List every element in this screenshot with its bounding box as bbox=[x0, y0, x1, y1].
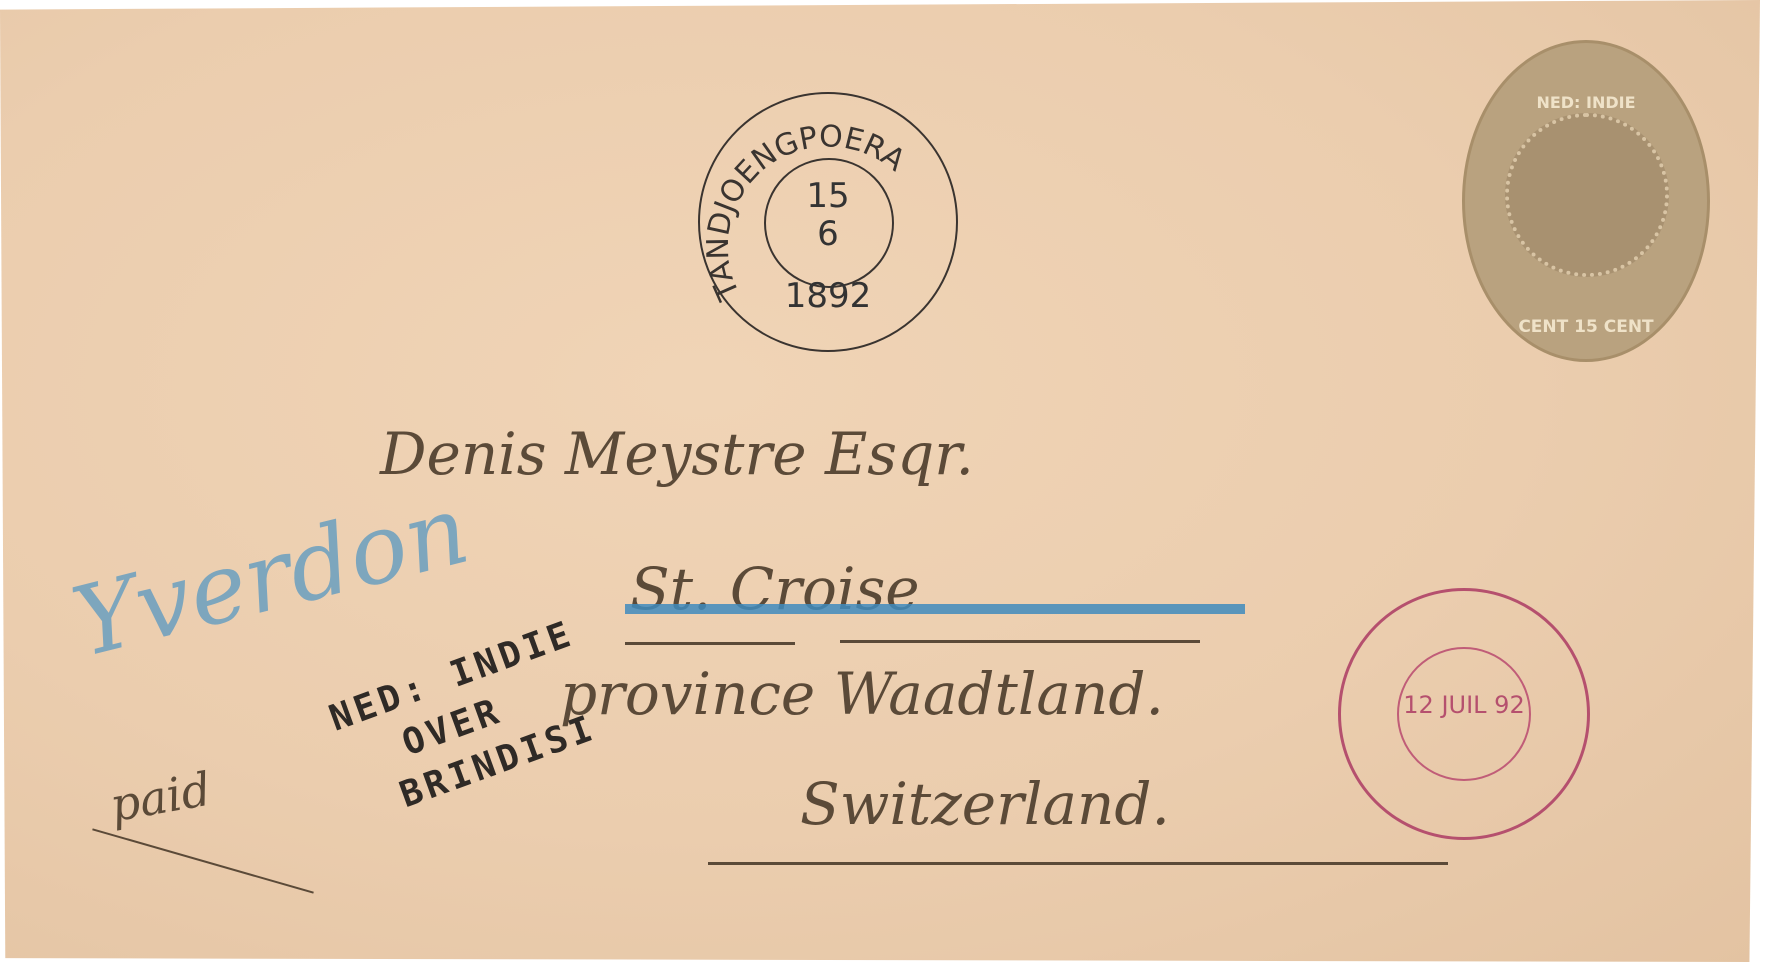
arrival-date: 12 JUIL 92 bbox=[1341, 691, 1587, 719]
paid-note: paid bbox=[106, 762, 215, 833]
paid-underline bbox=[92, 828, 314, 893]
blue-pencil-note: Yverdon bbox=[62, 473, 479, 679]
address-line-3: province Waadtland. bbox=[560, 660, 1164, 728]
envelope: NED: INDIE CENT 15 CENT TANDJOENGPOERA 1… bbox=[0, 0, 1760, 962]
arrival-postmark: 12 JUIL 92 bbox=[1338, 588, 1590, 840]
underline bbox=[625, 642, 795, 645]
origin-postmark: TANDJOENGPOERA 15 6 1892 bbox=[698, 92, 958, 352]
address-line-1: Denis Meystre Esqr. bbox=[380, 420, 974, 488]
stamp-country-text: NED: INDIE bbox=[1465, 93, 1707, 112]
underline bbox=[840, 640, 1200, 643]
stamp-portrait bbox=[1505, 113, 1669, 277]
blue-strike-line bbox=[625, 604, 1245, 614]
underline bbox=[708, 862, 1448, 865]
transit-postmark: NED: INDIE OVER BRINDISI bbox=[323, 610, 614, 833]
address-line-4: Switzerland. bbox=[800, 770, 1170, 838]
stamp-denomination-text: CENT 15 CENT bbox=[1465, 317, 1707, 337]
postmark-day: 15 bbox=[700, 176, 956, 216]
postmark-year: 1892 bbox=[700, 276, 956, 316]
imprinted-stamp: NED: INDIE CENT 15 CENT bbox=[1462, 40, 1710, 362]
postmark-month: 6 bbox=[700, 214, 956, 254]
